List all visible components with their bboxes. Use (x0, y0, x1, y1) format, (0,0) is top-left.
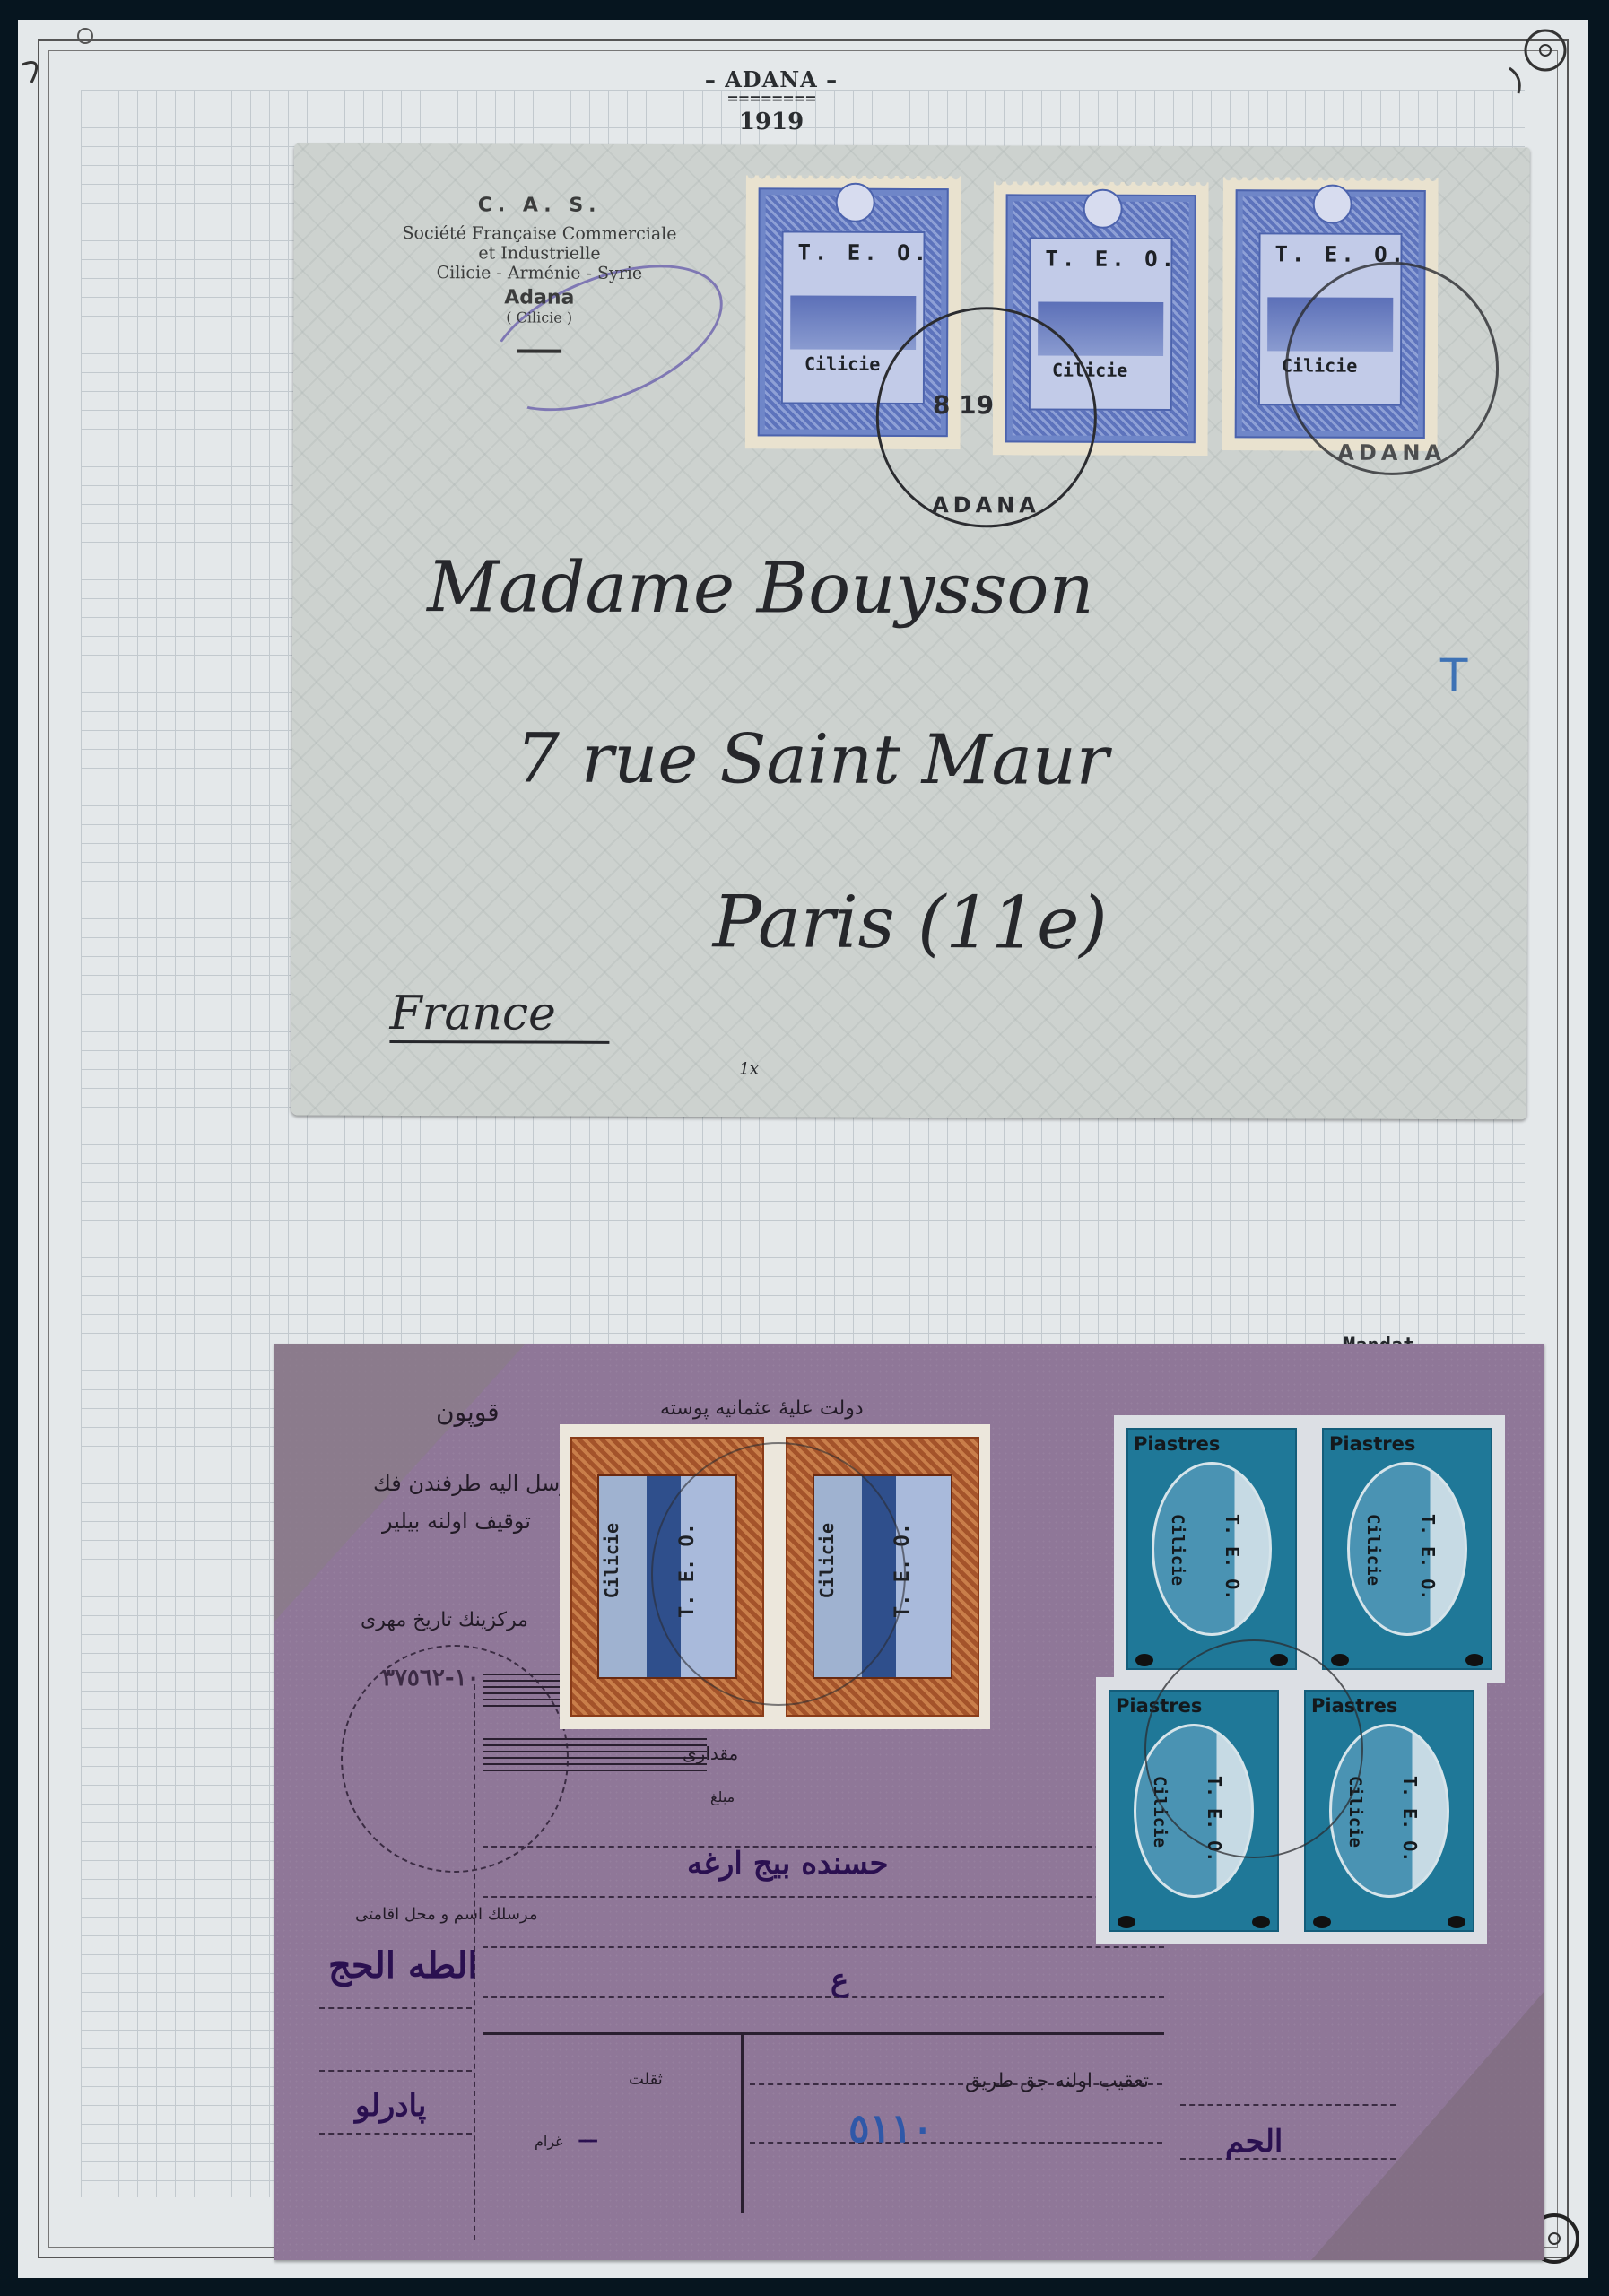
sender-city: Adana (360, 286, 718, 309)
route-label: تعقیب اولنه جق طریق (965, 2070, 1149, 2092)
stamp-overprint: T. E. O. (1399, 1776, 1421, 1862)
postmark: 8 19 ADANA (875, 307, 1097, 528)
stamp-overprint: Cilicie (804, 353, 880, 375)
weight-label: ثقلت (629, 2070, 663, 2089)
form-header: دولت علیهٔ عثمانیه پوسته (660, 1397, 864, 1420)
stamp-overprint: T. E. O. (1045, 247, 1178, 273)
form-rule (741, 2034, 744, 2213)
form-hatch (483, 1738, 707, 1774)
form-label: مرسلك اسم و محل اقامتی (355, 1905, 537, 1924)
page-title: ADANA (725, 66, 818, 92)
pencil-tax-mark: T (1440, 649, 1468, 701)
handwritten-mark: ع (831, 1962, 848, 1998)
ornament-corner-icon (18, 20, 99, 100)
sender-place: پادرلو (355, 2088, 426, 2124)
address-line-3: Paris (11e) (713, 880, 1108, 965)
form-line (483, 1896, 1164, 1898)
cover-envelope: C. A. S. Société Française Commerciale e… (291, 143, 1530, 1120)
form-line (750, 2142, 1162, 2144)
gram-label: غرام (535, 2133, 563, 2150)
form-line (483, 1996, 1164, 1998)
tughra-icon (1083, 189, 1123, 229)
form-text: مركزینك تاریخ مهری (361, 1609, 528, 1631)
postmark-date: 8 19 (933, 390, 994, 420)
postmark-serial: ١٠-٣٧٥٦٢ (382, 1665, 480, 1692)
ornament-corner-icon (1500, 23, 1581, 104)
tughra-icon (836, 183, 875, 222)
postmark (1144, 1639, 1363, 1858)
sender-rule (517, 349, 561, 352)
tughra-icon (1313, 185, 1352, 224)
recipient-name: حسنده بیج ارغه (687, 1846, 889, 1882)
sender-regions: Cilicie - Arménie - Syrie (360, 263, 718, 283)
postmark-town: ADANA (878, 492, 1093, 518)
form-line (319, 2070, 472, 2072)
form-text: توقیف اولنه بیلیر (382, 1509, 531, 1534)
sender-name: الطه الحج (328, 1944, 477, 1987)
money-order-form: قوپون دولت علیهٔ عثمانیه پوسته رسل الیه … (274, 1344, 1544, 2260)
page-year: 1919 (682, 109, 861, 135)
form-title: قوپون (436, 1397, 500, 1427)
sender-company: Société Française Commerciale (361, 223, 719, 244)
form-label: مبلغ (710, 1788, 735, 1805)
stamp-overprint: T. E. O. (1222, 1514, 1243, 1600)
stamp-surcharge: Piastres (1329, 1433, 1415, 1455)
form-line (319, 2133, 472, 2135)
stamp-overprint: Cilicie (1363, 1514, 1383, 1586)
stamp-overprint: T. E. O. (797, 240, 930, 266)
address-country: France (389, 987, 610, 1044)
form-line (1180, 2104, 1396, 2106)
title-underline: ======== (682, 92, 861, 105)
postmark (651, 1442, 906, 1706)
sender-region: ( Cilicie ) (360, 309, 718, 326)
stamp-overprint: T. E. O. (1417, 1514, 1439, 1600)
stamp-surcharge: Piastres (1134, 1433, 1220, 1455)
address-line-2: 7 rue Saint Maur (516, 717, 1109, 799)
stamp-overprint: Cilicie (1168, 1514, 1187, 1586)
stamp: Piastres T. E. O. Cilicie (1309, 1415, 1505, 1683)
sender-company-2: et Industrielle (360, 243, 718, 264)
form-line (483, 1946, 1164, 1948)
form-line (319, 2007, 472, 2009)
pencil-mark: 1x (739, 1059, 759, 1078)
stamp-overprint: Cilicie (601, 1523, 622, 1598)
header-dash: – (826, 66, 838, 92)
form-rule (483, 2032, 1164, 2035)
postmark: ADANA (1285, 261, 1500, 475)
form-label: مقداری (683, 1743, 738, 1764)
address-line-1: Madame Bouysson (427, 547, 1094, 631)
page-header: – ADANA – ======== 1919 (682, 66, 861, 135)
route-value: الحم (1225, 2124, 1283, 2160)
sender-cachet: C. A. S. Société Française Commerciale e… (360, 194, 719, 353)
sender-initials: C. A. S. (361, 194, 719, 217)
postmark-town: ADANA (1288, 439, 1496, 465)
header-dash: – (705, 66, 717, 92)
amount-value: ٥١١٠ (848, 2106, 934, 2152)
form-text: رسل الیه طرفندن فك (373, 1471, 570, 1496)
folded-corner (1311, 1991, 1544, 2260)
form-line (1180, 2158, 1396, 2160)
weight-value: ـــ (579, 2124, 596, 2147)
